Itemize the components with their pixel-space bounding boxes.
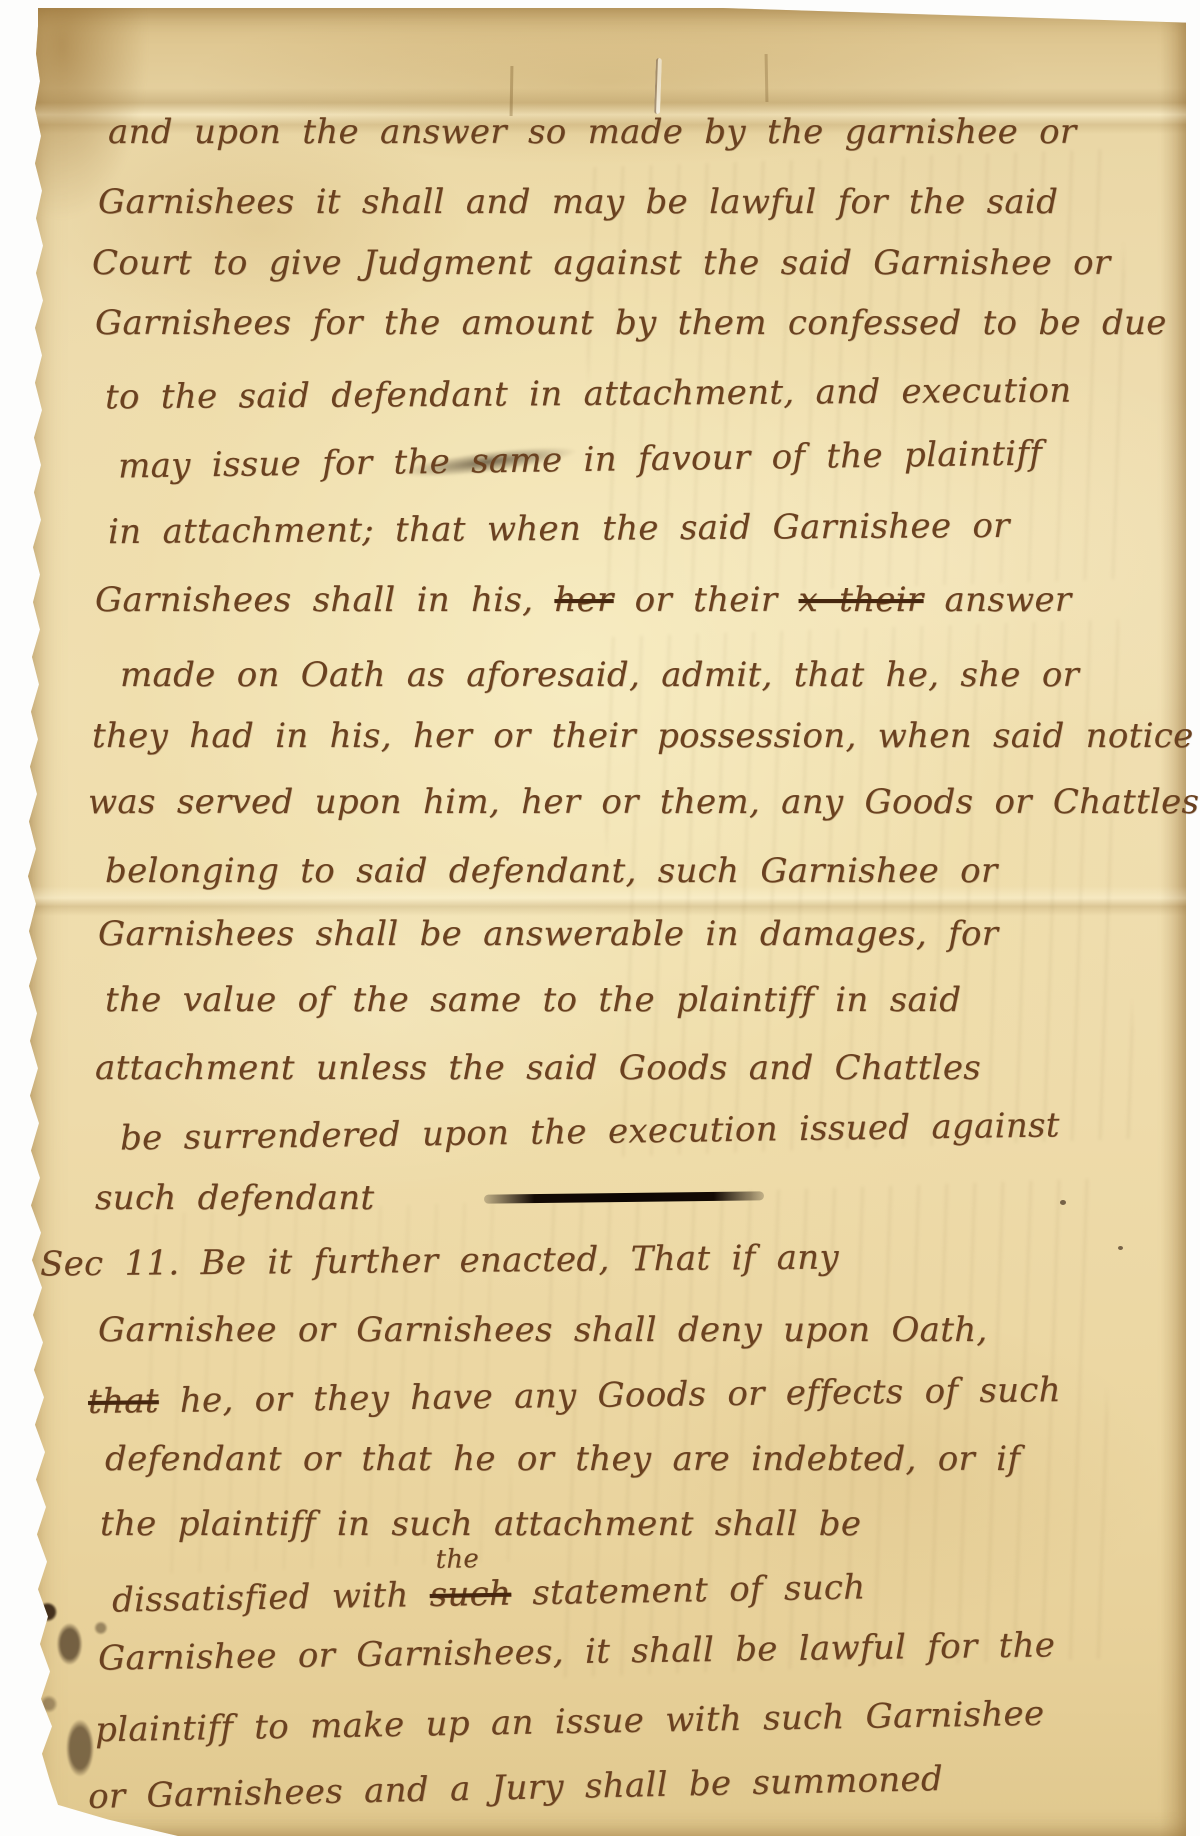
manuscript-line: defendant or that he or they are indebte… — [105, 1439, 1020, 1479]
manuscript-line: the plaintiff in such attachment shall b… — [100, 1504, 861, 1544]
manuscript-text: dissatisfied with — [112, 1575, 430, 1621]
manuscript-text: and upon the answer so made by the garni… — [108, 112, 1076, 152]
scanned-document-page: and upon the answer so made by the garni… — [0, 0, 1200, 1836]
manuscript-line: dissatisfied with suchthe statement of s… — [112, 1567, 866, 1620]
manuscript-text: Court to give Judgment against the said … — [92, 243, 1110, 283]
manuscript-text: was served upon him, her or them, any Go… — [88, 782, 1199, 822]
manuscript-text: Garnishee or Garnishees shall deny upon … — [98, 1310, 988, 1350]
manuscript-text: Garnishee or Garnishees, it shall be law… — [98, 1625, 1056, 1678]
manuscript-text: Garnishees it shall and may be lawful fo… — [98, 182, 1058, 222]
manuscript-line: that he, or they have any Goods or effec… — [88, 1370, 1061, 1422]
struck-word: x their — [799, 580, 924, 620]
manuscript-text: or Garnishees and a Jury shall be summon… — [88, 1759, 944, 1817]
manuscript-text: statement of such — [511, 1567, 866, 1613]
manuscript-line: was served upon him, her or them, any Go… — [88, 782, 1199, 822]
manuscript-text: defendant or that he or they are indebte… — [105, 1439, 1020, 1479]
manuscript-text: Garnishees for the amount by them confes… — [95, 303, 1167, 343]
struck-word: her — [554, 580, 613, 620]
manuscript-text: to the said defendant in attachment, and… — [105, 371, 1072, 418]
manuscript-line: may issue for the same in favour of the … — [118, 434, 1043, 487]
manuscript-line: Garnishees it shall and may be lawful fo… — [98, 182, 1058, 222]
manuscript-text: answer — [923, 580, 1071, 620]
manuscript-line: be surrendered upon the execution issued… — [120, 1105, 1060, 1158]
manuscript-text: attachment unless the said Goods and Cha… — [95, 1048, 981, 1088]
manuscript-text: belonging to said defendant, such Garnis… — [105, 851, 998, 891]
manuscript-line: in attachment; that when the said Garnis… — [108, 506, 1010, 552]
manuscript-line: the value of the same to the plaintiff i… — [105, 980, 961, 1020]
manuscript-line: plaintiff to make up an issue with such … — [95, 1694, 1045, 1751]
manuscript-text: be surrendered upon the execution issued… — [120, 1105, 1060, 1158]
manuscript-text: they had in his, her or their possession… — [92, 716, 1194, 756]
manuscript-text: Garnishees shall in his, — [95, 580, 554, 620]
inserted-word: the — [435, 1544, 479, 1575]
ink-dash — [484, 1191, 764, 1203]
manuscript-line: they had in his, her or their possession… — [92, 716, 1194, 756]
manuscript-text: made on Oath as aforesaid, admit, that h… — [120, 655, 1079, 695]
manuscript-line: or Garnishees and a Jury shall be summon… — [88, 1759, 944, 1817]
manuscript-line: Garnishees shall in his, her or their x … — [95, 580, 1071, 620]
manuscript-text: he, or they have any Goods or effects of… — [158, 1370, 1061, 1421]
manuscript-line: Court to give Judgment against the said … — [92, 243, 1110, 283]
manuscript-line: Garnishee or Garnishees shall deny upon … — [98, 1310, 988, 1350]
manuscript-line: Garnishees for the amount by them confes… — [95, 303, 1167, 343]
manuscript-line: such defendant — [95, 1178, 764, 1218]
manuscript-text: Sec 11. Be it further enacted, That if a… — [40, 1238, 839, 1285]
manuscript-text: Garnishees shall be answerable in damage… — [98, 914, 998, 954]
manuscript-text: the plaintiff in such attachment shall b… — [100, 1504, 861, 1544]
manuscript-text: the value of the same to the plaintiff i… — [105, 980, 961, 1020]
manuscript-text: such defendant — [95, 1178, 374, 1218]
manuscript-line: made on Oath as aforesaid, admit, that h… — [120, 655, 1079, 695]
manuscript-text-layer: and upon the answer so made by the garni… — [0, 0, 1200, 1836]
manuscript-text: or their — [614, 580, 799, 620]
manuscript-line: Garnishee or Garnishees, it shall be law… — [98, 1625, 1056, 1678]
struck-word: such — [429, 1574, 511, 1615]
manuscript-text: may issue for the same in favour of the … — [118, 434, 1043, 487]
manuscript-line: to the said defendant in attachment, and… — [105, 371, 1072, 418]
manuscript-text: plaintiff to make up an issue with such … — [95, 1694, 1045, 1751]
manuscript-line: and upon the answer so made by the garni… — [108, 112, 1076, 152]
manuscript-line: Garnishees shall be answerable in damage… — [98, 914, 998, 954]
manuscript-text: in attachment; that when the said Garnis… — [108, 506, 1010, 552]
manuscript-line: belonging to said defendant, such Garnis… — [105, 851, 998, 891]
struck-word: that — [88, 1381, 159, 1422]
manuscript-line-section-11: Sec 11. Be it further enacted, That if a… — [40, 1238, 839, 1285]
manuscript-line: attachment unless the said Goods and Cha… — [95, 1048, 981, 1088]
